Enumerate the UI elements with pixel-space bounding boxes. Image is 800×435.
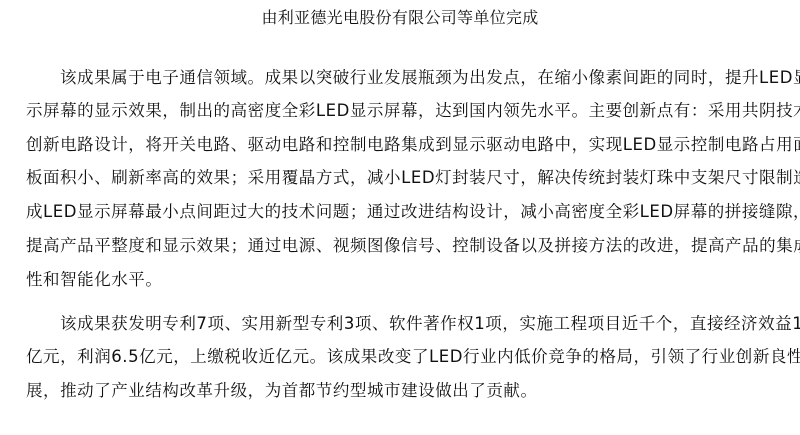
document-title: 由利亚德光电股份有限公司等单位完成 bbox=[0, 6, 800, 30]
paragraph-line: 创新电路设计，将开关电路、驱动电路和控制电路集成到显示驱动电路中，实现LED显示… bbox=[26, 133, 786, 157]
paragraph-line: 性和智能化水平。 bbox=[26, 268, 786, 292]
paragraph-line: 提高产品平整度和显示效果；通过电源、视频图像信号、控制设备以及拼接方法的改进，提… bbox=[26, 234, 786, 258]
paragraph-line: 该成果获发明专利7项、实用新型专利3项、软件著作权1项，实施工程项目近千个，直接… bbox=[60, 312, 800, 336]
paragraph-line: 亿元，利润6.5亿元，上缴税收近亿元。该成果改变了LED行业内低价竞争的格局，引… bbox=[26, 345, 786, 369]
paragraph-line: 成LED显示屏幕最小点间距过大的技术问题；通过改进结构设计，减小高密度全彩LED… bbox=[26, 200, 786, 224]
paragraph-line: 板面积小、刷新率高的效果；采用覆晶方式，减小LED灯封装尺寸，解决传统封装灯珠中… bbox=[26, 166, 786, 190]
paragraph-line: 展，推动了产业结构改革升级，为首都节约型城市建设做出了贡献。 bbox=[26, 379, 786, 403]
paragraph-line: 该成果属于电子通信领域。成果以突破行业发展瓶颈为出发点，在缩小像素间距的同时，提… bbox=[60, 66, 800, 90]
paragraph-line: 示屏幕的显示效果，制出的高密度全彩LED显示屏幕，达到国内领先水平。主要创新点有… bbox=[26, 99, 786, 123]
